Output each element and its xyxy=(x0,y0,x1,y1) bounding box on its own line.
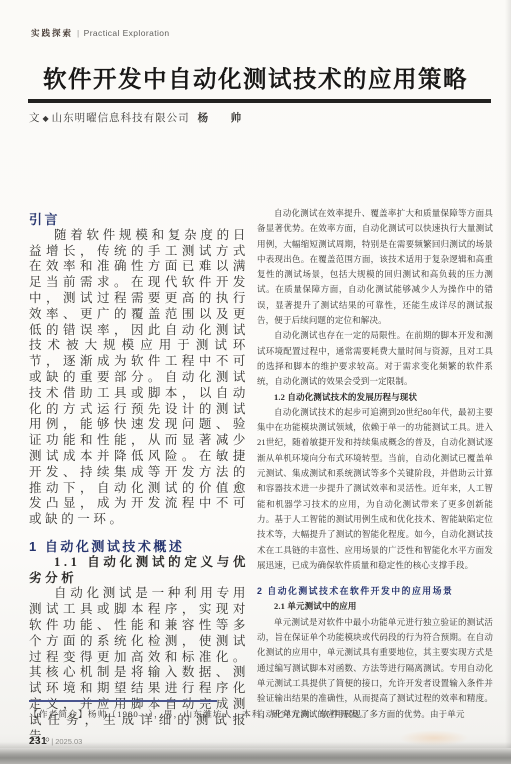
section-tag-english: Practical Exploration xyxy=(84,28,170,38)
left-column: 引言 随着软件规模和复杂度的日益增长，传统的手工测试方式在效率和准确性方面已难以… xyxy=(29,212,249,744)
development-history-paragraph: 自动化测试技术的起步可追溯到20世纪80年代，最初主要集中在功能模块测试领域，依… xyxy=(257,405,493,573)
title-rule xyxy=(28,99,491,103)
byline-prefix: 文 xyxy=(29,112,41,124)
byline-author: 杨 帅 xyxy=(198,112,248,124)
section2-heading: 2 自动化测试技术在软件开发中的应用场景 xyxy=(257,584,493,599)
section1-1-heading: 1.1 自动化测试的定义与优劣分析 xyxy=(29,555,249,587)
footnote-rule xyxy=(29,700,217,702)
section2-1-heading: 2.1 单元测试中的应用 xyxy=(257,599,493,614)
section1-heading: 1 自动化测试技术概述 xyxy=(29,539,249,555)
diamond-icon: ◆ xyxy=(43,114,50,123)
section1-1-paragraph: 自动化测试是一种利用专用测试工具或脚本程序，实现对软件功能、性能和兼容性等多个方… xyxy=(29,586,249,744)
byline-affiliation: 山东明曜信息科技有限公司 xyxy=(52,112,190,124)
unit-test-paragraph: 单元测试是对软件中最小功能单元进行独立验证的测试活动，旨在保证单个功能模块或代码… xyxy=(257,615,493,722)
journal-section-tag: 实践探索|Practical Exploration xyxy=(31,27,170,39)
section-tag-chinese: 实践探索 xyxy=(31,28,73,38)
section1-2-heading: 1.2 自动化测试技术的发展历程与现状 xyxy=(257,390,493,405)
intro-paragraph: 随着软件规模和复杂度的日益增长，传统的手工测试方式在效率和准确性方面已难以满足当… xyxy=(29,228,249,528)
byline: 文◆山东明曜信息科技有限公司杨 帅 xyxy=(29,110,247,125)
advantages-paragraph: 自动化测试在效率提升、覆盖率扩大和质量保障等方面具备显著优势。在效率方面，自动化… xyxy=(257,206,493,328)
scan-edge-right-shadow xyxy=(505,0,511,764)
intro-heading: 引言 xyxy=(29,212,249,228)
author-bio: 【作者简介】杨帅（1980—），男，山东潍坊人，本科，研究方向：软件开发。 xyxy=(29,707,370,720)
scan-edge-bottom-shadow xyxy=(0,748,511,764)
limitations-paragraph: 自动化测试也存在一定的局限性。在前期的脚本开发和测试环境配置过程中，通常需要耗费… xyxy=(257,328,493,389)
right-column: 自动化测试在效率提升、覆盖率扩大和质量保障等方面具备显著优势。在效率方面，自动化… xyxy=(257,206,493,722)
scanned-journal-page: 实践探索|Practical Exploration 软件开发中自动化测试技术的… xyxy=(0,0,511,764)
article-title: 软件开发中自动化测试技术的应用策略 xyxy=(0,60,511,94)
section-tag-divider: | xyxy=(77,28,80,38)
